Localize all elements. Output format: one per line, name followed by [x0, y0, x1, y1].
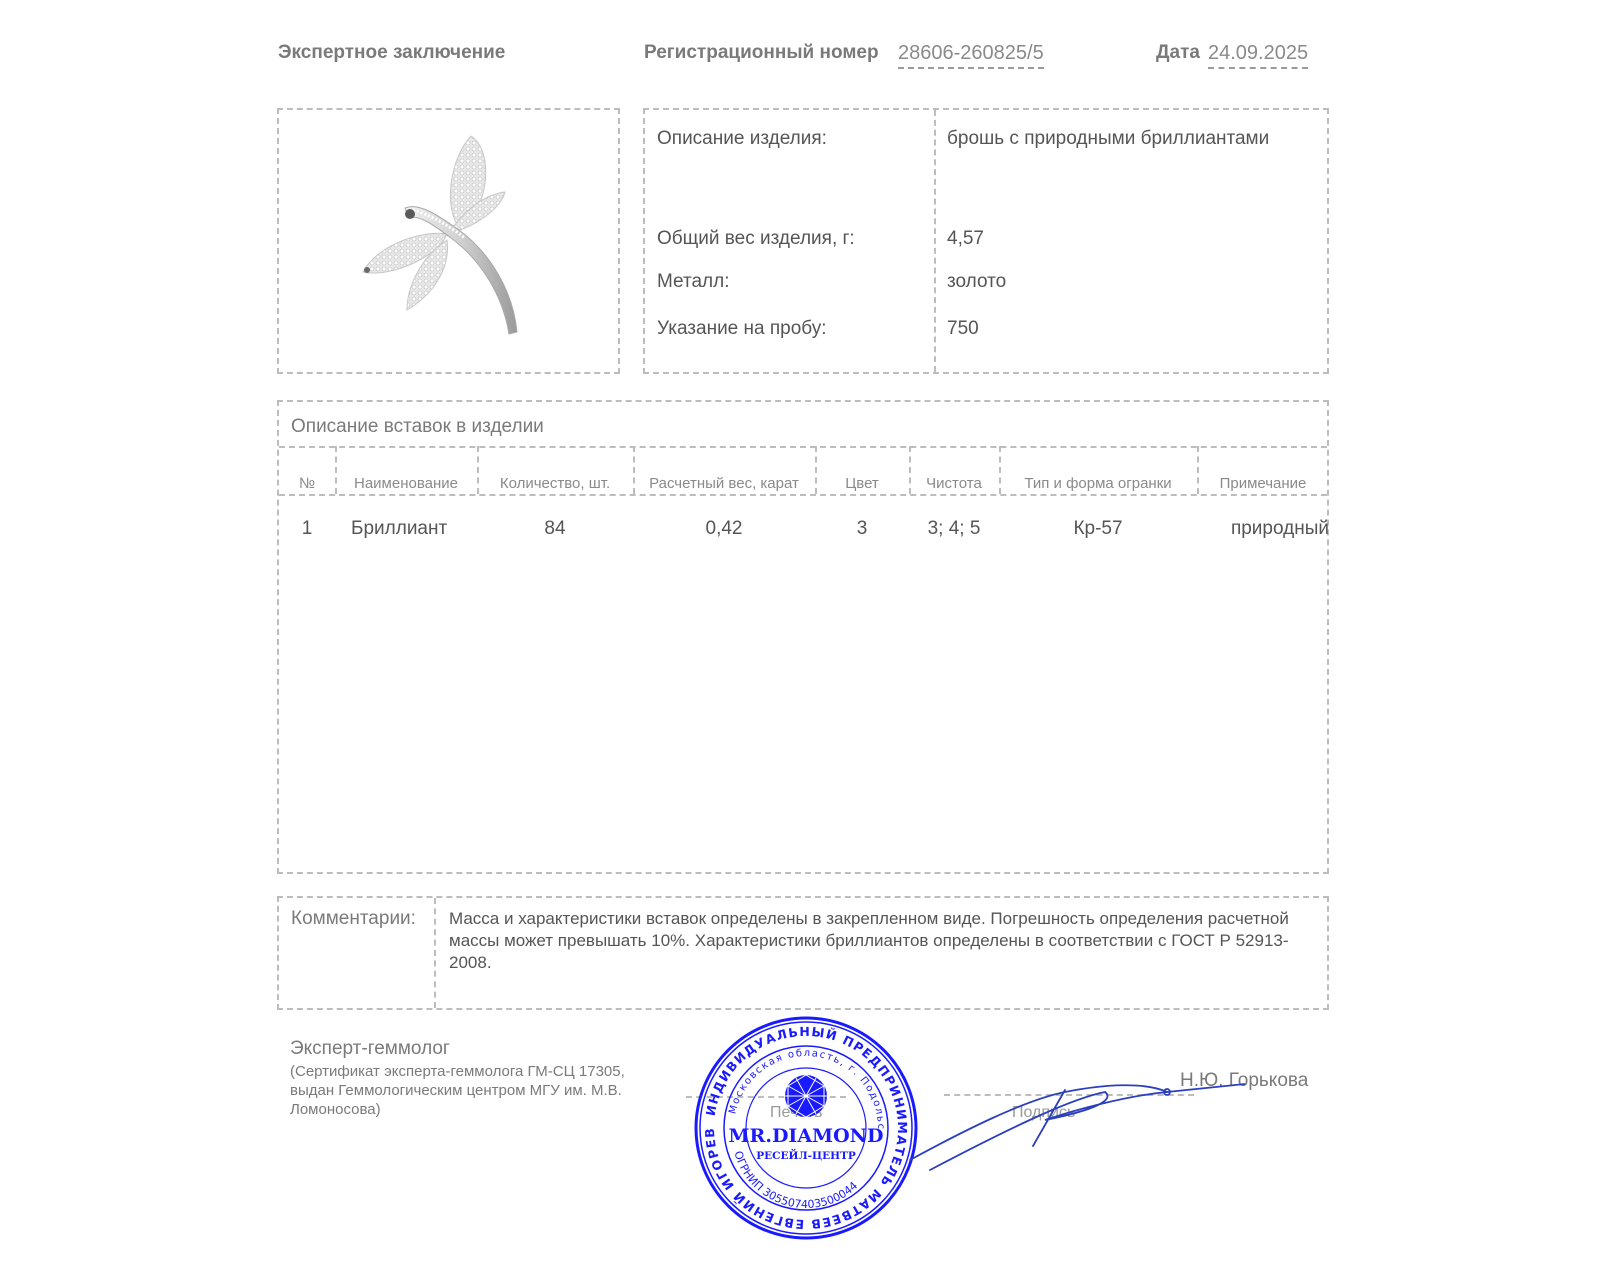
comments-text: Масса и характеристики вставок определен…: [449, 908, 1319, 974]
cell-clarity: 3; 4; 5: [909, 512, 999, 546]
company-stamp: ИНДИВИДУАЛЬНЫЙ ПРЕДПРИНИМАТЕЛЬ МАТВЕЕВ Е…: [692, 1014, 920, 1242]
description-value: брошь с природными бриллиантами: [947, 128, 1269, 150]
cell-color: 3: [815, 512, 909, 546]
table-divider: [279, 446, 1327, 448]
total-weight-value: 4,57: [947, 228, 984, 250]
document-title: Экспертное заключение: [278, 42, 505, 64]
diamond-ball-icon: [785, 1075, 827, 1117]
stamp-subtitle: РЕСЕЙЛ-ЦЕНТР: [756, 1147, 856, 1162]
inserts-table: Описание вставок в изделии № Наименовани…: [277, 400, 1329, 874]
item-info-box: Описание изделия: брошь с природными бри…: [643, 108, 1329, 374]
cell-note: природный: [1197, 512, 1329, 546]
col-header-weight: Расчетный вес, карат: [633, 462, 815, 506]
date-value: 24.09.2025: [1208, 42, 1308, 69]
registration-number-value: 28606-260825/5: [898, 42, 1044, 69]
cell-number: 1: [279, 512, 335, 546]
cell-cut: Кр-57: [999, 512, 1197, 546]
stamp-brand: MR.DIAMOND: [729, 1125, 884, 1147]
col-header-quantity: Количество, шт.: [477, 462, 633, 506]
comments-label: Комментарии:: [291, 908, 416, 930]
col-header-clarity: Чистота: [909, 462, 999, 506]
expert-title: Эксперт-геммолог: [290, 1038, 450, 1060]
cell-weight: 0,42: [633, 512, 815, 546]
description-label: Описание изделия:: [657, 128, 827, 150]
cell-quantity: 84: [477, 512, 633, 546]
metal-label: Металл:: [657, 271, 729, 293]
col-header-note: Примечание: [1197, 462, 1329, 506]
product-photo-box: [277, 108, 620, 374]
col-header-cut: Тип и форма огранки: [999, 462, 1197, 506]
metal-value: золото: [947, 271, 1006, 293]
date-label: Дата: [1156, 42, 1200, 64]
col-header-color: Цвет: [815, 462, 909, 506]
comments-divider: [434, 898, 436, 1008]
comments-box: Комментарии: Масса и характеристики вста…: [277, 896, 1329, 1010]
hallmark-value: 750: [947, 318, 979, 340]
col-header-name: Наименование: [335, 462, 477, 506]
info-divider: [934, 110, 936, 372]
inserts-title: Описание вставок в изделии: [291, 416, 544, 438]
expert-certificate: (Сертификат эксперта-геммолога ГМ-СЦ 173…: [290, 1062, 670, 1119]
total-weight-label: Общий вес изделия, г:: [657, 228, 855, 250]
handwritten-signature: [905, 1070, 1245, 1180]
hallmark-label: Указание на пробу:: [657, 318, 827, 340]
dragonfly-brooch-image: [279, 110, 618, 372]
registration-number-label: Регистрационный номер: [644, 42, 879, 64]
col-header-number: №: [279, 462, 335, 506]
cell-name: Бриллиант: [351, 512, 447, 546]
